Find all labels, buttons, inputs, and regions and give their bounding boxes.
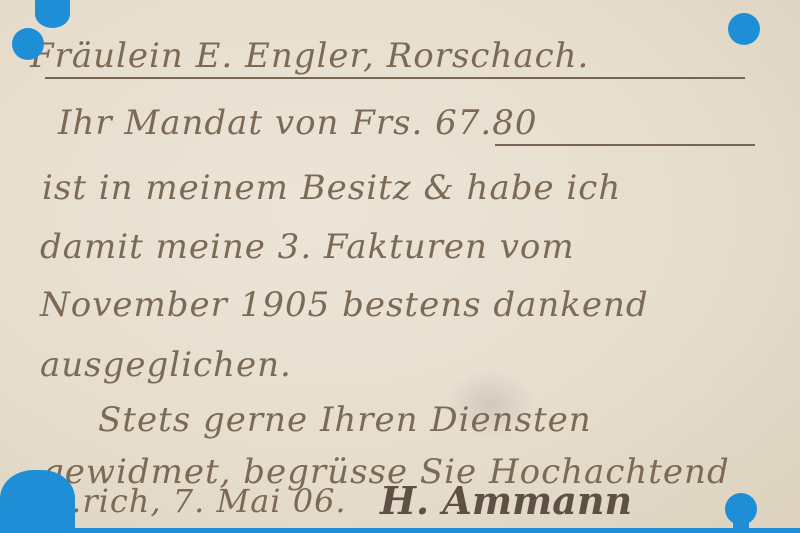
body-line: ist in meinem Besitz & habe ich [42, 168, 621, 208]
punch-hole [0, 470, 75, 533]
addressee-line: Fräulein E. Engler, Rorschach. [30, 36, 589, 76]
body-line: ausgeglichen. [40, 345, 292, 385]
punch-hole [12, 28, 44, 60]
closing-line: Stets gerne Ihren Diensten [98, 400, 592, 440]
amount-underline [495, 144, 755, 146]
background-strip [0, 528, 800, 533]
signature: H. Ammann [380, 478, 632, 523]
place-date-line: ..rich, 7. Mai 06. [60, 482, 347, 520]
body-line: November 1905 bestens dankend [40, 285, 649, 325]
addressee-underline [45, 77, 745, 79]
postcard-paper: Fräulein E. Engler, Rorschach. Ihr Manda… [0, 0, 800, 533]
amount-line: Ihr Mandat von Frs. 67.80 [58, 103, 538, 143]
punch-hole [728, 13, 760, 45]
punch-hole [35, 0, 70, 28]
body-line: damit meine 3. Fakturen vom [40, 227, 575, 267]
